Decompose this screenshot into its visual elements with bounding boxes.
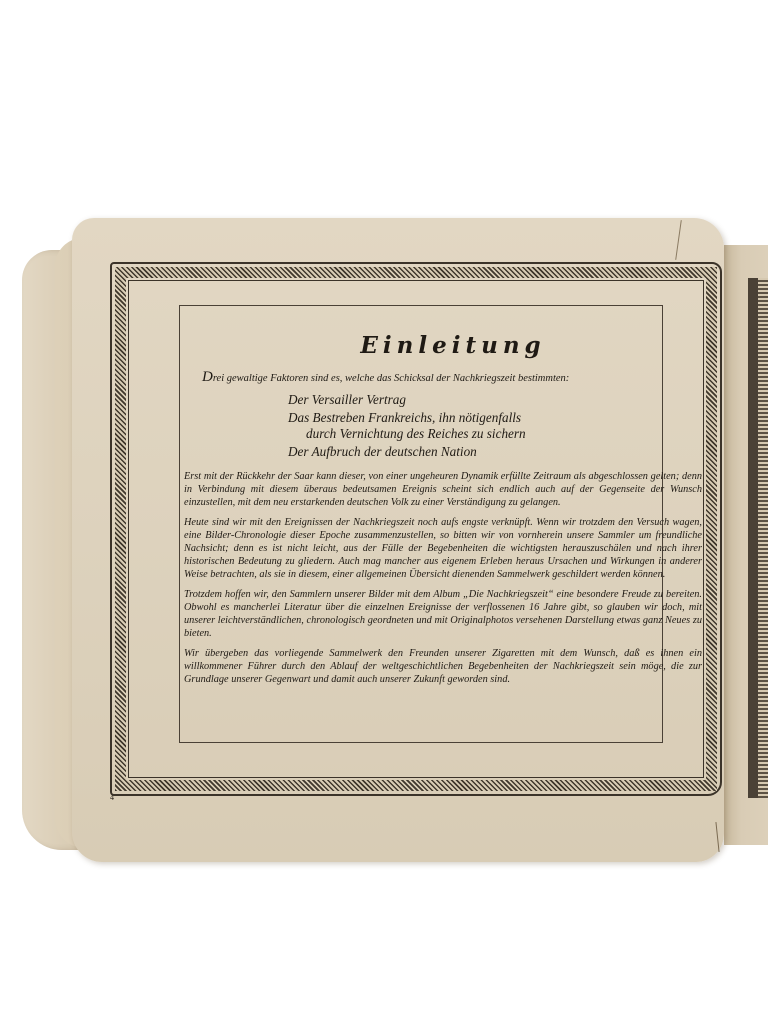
paragraph: Wir übergeben das vorliegende Sammelwerk… xyxy=(184,647,702,686)
factor-item: Der Versailler Vertrag xyxy=(288,392,702,408)
intro-dropcap: D xyxy=(202,369,213,385)
paragraph: Erst mit der Rückkehr der Saar kann dies… xyxy=(184,470,702,509)
intro-text: rei gewaltige Faktoren sind es, welche d… xyxy=(213,373,569,384)
page-number: 4 xyxy=(110,793,114,802)
paragraph: Heute sind wir mit den Ereignissen der N… xyxy=(184,516,702,581)
factors-list: Der Versailler Vertrag Das Bestreben Fra… xyxy=(288,392,702,460)
factor-item: Der Aufbruch der deutschen Nation xyxy=(288,444,702,460)
right-page-border-ornament xyxy=(748,278,768,798)
factor-item-continuation: durch Vernichtung des Reiches zu sichern xyxy=(288,426,702,442)
paragraph: Trotzdem hoffen wir, den Sammlern unsere… xyxy=(184,588,702,640)
page-content: Einleitung Drei gewaltige Faktoren sind … xyxy=(184,332,702,693)
page-title: Einleitung xyxy=(184,332,702,359)
open-album-photo: Einleitung Drei gewaltige Faktoren sind … xyxy=(0,0,768,1024)
intro-sentence: Drei gewaltige Faktoren sind es, welche … xyxy=(202,369,702,386)
factor-item: Das Bestreben Frankreichs, ihn nötigenfa… xyxy=(288,410,702,426)
